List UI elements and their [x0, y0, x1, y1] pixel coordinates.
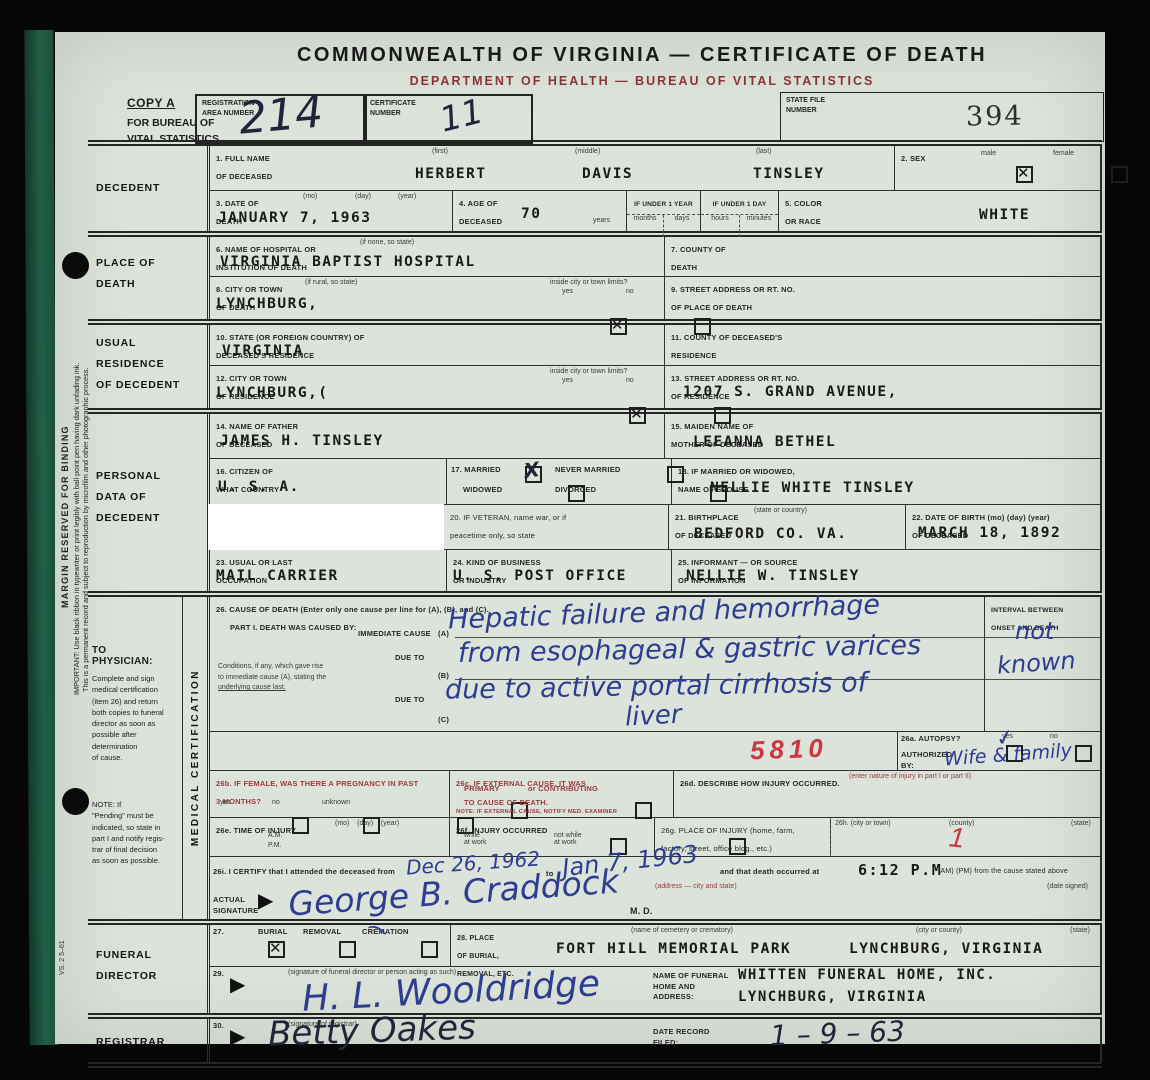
father-name-value: JAMES H. TINSLEY [220, 433, 384, 449]
male-label: male [981, 150, 996, 157]
married-label: 17. MARRIED [451, 465, 501, 476]
never-married-label: NEVER MARRIED [555, 465, 621, 476]
field-29-number: 29. [213, 969, 224, 980]
signature-arrow-icon: ▶ [230, 1027, 245, 1047]
month-hint: (mo) [303, 193, 317, 200]
while-at-work-label: while at work [464, 832, 487, 846]
field-27-number: 27. [213, 927, 224, 938]
cemetery-hint: (name of cemetery or crematory) [631, 927, 733, 934]
line-c-label: (C) [438, 715, 449, 726]
county-of-residence-label: 11. COUNTY OF DECEASED'S RESIDENCE [671, 333, 782, 360]
medical-certification-strip: MEDICAL CERTIFICATION [182, 597, 207, 919]
signature-arrow-icon: ▶ [230, 975, 245, 995]
section-label: REGISTRAR [88, 1019, 207, 1053]
registrar-fields: 30. ▶ (signature of registrar) Betty Oak… [207, 1019, 1102, 1062]
certify-text: 26i. I CERTIFY that I attended the decea… [213, 867, 395, 878]
field-county-of-death: 7. COUNTY OF DEATH [665, 237, 1100, 276]
punch-hole-bottom [62, 788, 89, 815]
yes-label: yes [562, 288, 573, 295]
no-label: no [626, 288, 634, 295]
under-1-day-sub: hours minutes [701, 214, 778, 237]
funeral-home-name: WHITTEN FUNERAL HOME, INC. [738, 967, 996, 983]
city-of-residence-value: LYNCHBURG,( [216, 385, 329, 401]
burial-checkbox: ✕ [268, 941, 285, 958]
day-hint: (day) [355, 193, 371, 200]
field-how-injury: 26d. DESCRIBE HOW INJURY OCCURRED. (ente… [674, 771, 1100, 817]
female-checkbox [1111, 166, 1128, 183]
row-citizen-married-spouse: 16. CITIZEN OF WHAT COUNTRY U. S. A. 17.… [210, 459, 1100, 505]
field-pregnancy: 26b. IF FEMALE, WAS THERE A PREGNANCY IN… [210, 771, 450, 817]
case-number-stamp: 5810 [749, 733, 828, 767]
date-filed-label: DATE RECORD FILED: [653, 1027, 710, 1048]
field-state-of-residence: 10. STATE (OR FOREIGN COUNTRY) OF DECEAS… [210, 325, 665, 365]
to-physician-body: Complete and sign medical certification … [92, 673, 178, 763]
date-filed-handwriting: 1 – 9 – 63 [769, 1015, 905, 1053]
months-label: months [627, 215, 663, 237]
section-decedent: DECEDENT 1. FULL NAME OF DECEASED (first… [88, 146, 1102, 231]
section-label: PLACE OF DEATH [88, 237, 207, 295]
cause-handwriting-2: from esophageal & gastric varices [458, 630, 922, 669]
to-physician-title: TO PHYSICIAN: [92, 645, 178, 667]
field-father-name: 14. NAME OF FATHER OF DECEASED JAMES H. … [210, 414, 665, 458]
how-injury-label: 26d. DESCRIBE HOW INJURY OCCURRED. [680, 779, 840, 788]
conditions-note: Conditions, if any, which gave rise to i… [218, 661, 326, 683]
field-veteran: 20. IF VETERAN, name war, or if peacetim… [444, 505, 669, 549]
section-divider [88, 1062, 1102, 1068]
medical-certification-label: MEDICAL CERTIFICATION [190, 669, 201, 846]
under-1-year-label: IF UNDER 1 YEAR [634, 201, 693, 208]
field-marital-status: 17. MARRIED X NEVER MARRIED WIDOWED DIVO… [447, 459, 672, 504]
row-registrar-signature: 30. ▶ (signature of registrar) Betty Oak… [210, 1019, 1100, 1062]
row-26b-26c-26d: 26b. IF FEMALE, WAS THERE A PREGNANCY IN… [210, 771, 1100, 818]
street-of-residence-value: 1207 S. GRAND AVENUE, [683, 384, 898, 400]
no-label: no [626, 377, 634, 384]
state-file-label: STATE FILE NUMBER [781, 93, 1103, 116]
field-injury-location: 26h. (city or town) (county) (state) 1 [830, 818, 1100, 856]
widowed-label: WIDOWED [463, 485, 502, 496]
under-1-day-label: IF UNDER 1 DAY [713, 201, 767, 208]
injury-state-label: (state) [1071, 820, 1091, 827]
burial-city-value: LYNCHBURG, VIRGINIA [849, 941, 1043, 957]
row-occupation-informant: 23. USUAL OR LAST OCCUPATION MAIL CARRIE… [210, 550, 1100, 591]
field-under-1-year: IF UNDER 1 YEAR months days [627, 191, 701, 231]
autopsy-no-label: no [1050, 733, 1058, 740]
photo-background: MARGIN RESERVED FOR BINDING IMPORTANT: U… [0, 0, 1150, 1080]
removal-label: REMOVAL [303, 927, 341, 938]
divorced-label: DIVORCED [555, 485, 596, 496]
time-of-death-value: 6:12 P.M [858, 861, 942, 879]
section-personal-data: PERSONAL DATA OF DECEDENT 14. NAME OF FA… [88, 414, 1102, 591]
field-mother-name: 15. MAIDEN NAME OF MOTHER OF DECEASED LE… [665, 414, 1100, 458]
due-to-1: DUE TO [395, 653, 424, 664]
funeral-director-fields: 27. BURIAL ✕ REMOVAL CREMATION ( 28. PLA… [207, 925, 1102, 1013]
field-full-name: 1. FULL NAME OF DECEASED (first) (middle… [210, 146, 895, 190]
field-certification: 26i. I CERTIFY that I attended the decea… [210, 857, 1100, 919]
physician-note-block: NOTE: If "Pending" must be indicated, so… [92, 793, 178, 867]
section-medical-certification: TO PHYSICIAN: Complete and sign medical … [88, 597, 1102, 919]
color-race-value: WHITE [979, 207, 1030, 223]
decedent-side: DECEDENT [88, 146, 207, 231]
field-age: 4. AGE OF DECEASED 70 years [453, 191, 627, 231]
hospital-hint: (if none, so state) [360, 239, 414, 246]
field-occupation: 23. USUAL OR LAST OCCUPATION MAIL CARRIE… [210, 550, 447, 591]
years-unit: years [593, 217, 610, 224]
signature-arrow-icon: ▶ [258, 891, 273, 911]
registrar-side: REGISTRAR [88, 1019, 207, 1062]
punch-hole-top [62, 252, 89, 279]
row-funeral-director-signature: 29. ▶ (signature of funeral director or … [210, 967, 1100, 1013]
field-county-of-residence: 11. COUNTY OF DECEASED'S RESIDENCE [665, 325, 1100, 365]
married-check-mark: X [522, 457, 541, 483]
married-checkbox: X [525, 466, 542, 483]
cremation-checkbox [421, 941, 438, 958]
funeral-director-side: FUNERAL DIRECTOR [88, 925, 207, 1013]
margin-binding-title: MARGIN RESERVED FOR BINDING [60, 332, 70, 702]
pregnancy-yes-label: yes [220, 799, 231, 806]
field-hospital: 6. NAME OF HOSPITAL OR INSTITUTION OF DE… [210, 237, 665, 276]
section-label: DECEDENT [88, 146, 207, 199]
age-label: 4. AGE OF DECEASED [459, 199, 502, 226]
row-cause-of-death: 26. CAUSE OF DEATH (Enter only one cause… [210, 597, 1100, 732]
pregnancy-unknown-label: unknown [322, 799, 350, 806]
middle-hint: (middle) [575, 148, 600, 155]
personal-data-side: PERSONAL DATA OF DECEDENT [88, 414, 207, 591]
informant-value: NELLIE W. TINSLEY [686, 568, 860, 584]
place-of-death-side: PLACE OF DEATH [88, 237, 207, 319]
address-hint: (address — city and state) [655, 883, 737, 890]
pm-label: P.M. [268, 842, 282, 849]
state-file-box: STATE FILE NUMBER 394 [780, 92, 1104, 142]
days-label: days [663, 215, 700, 237]
field-30-number: 30. [213, 1021, 224, 1032]
binding-strip [24, 30, 58, 1045]
pregnancy-label: 26b. IF FEMALE, WAS THERE A PREGNANCY IN… [216, 779, 418, 806]
actual-signature-label: ACTUAL SIGNATURE [213, 895, 258, 916]
how-injury-hint: (enter nature of injury in part I or par… [849, 773, 971, 780]
margin-important-line1: IMPORTANT: Use black ribbon in typewrite… [72, 294, 81, 764]
md-label: M. D. [630, 905, 653, 918]
female-label: female [1053, 150, 1074, 157]
veteran-label: 20. IF VETERAN, name war, or if peacetim… [450, 513, 566, 540]
section-funeral-director: FUNERAL DIRECTOR 27. BURIAL ✕ REMOVAL CR… [88, 925, 1102, 1013]
mother-name-value: LEEANNA BETHEL [693, 434, 836, 450]
row-state-county: 10. STATE (OR FOREIGN COUNTRY) OF DECEAS… [210, 325, 1100, 366]
field-informant: 25. INFORMANT — OR SOURCE OF INFORMATION… [672, 550, 1100, 591]
field-birthplace: 21. BIRTHPLACE OF DECEASED (state or cou… [669, 505, 906, 549]
pregnancy-no-label: no [272, 799, 280, 806]
row-part-2-autopsy: 5810 26a. AUTOPSY? yes ✓ no AUTHORIZED B… [210, 732, 1100, 771]
physician-note: NOTE: If "Pending" must be indicated, so… [92, 799, 178, 867]
field-spouse-name: 18. IF MARRIED OR WIDOWED, NAME OF SPOUS… [672, 459, 1100, 504]
row-name-sex: 1. FULL NAME OF DECEASED (first) (middle… [210, 146, 1100, 191]
male-check-mark: ✕ [1017, 164, 1030, 182]
male-checkbox: ✕ [1016, 166, 1033, 183]
medical-side: TO PHYSICIAN: Complete and sign medical … [88, 597, 207, 919]
field-date-of-birth: 22. DATE OF BIRTH (mo) (day) (year) OF D… [906, 505, 1100, 549]
contributing-label: or CONTRIBUTING [528, 784, 598, 795]
section-registrar: REGISTRAR 30. ▶ (signature of registrar)… [88, 1019, 1102, 1062]
time-of-injury-label: 26e. TIME OF INJURY [216, 826, 296, 835]
cause-handwriting-1: Hepatic failure and hemorrhage [448, 589, 881, 635]
row-certify: 26i. I CERTIFY that I attended the decea… [210, 857, 1100, 919]
due-to-2: DUE TO [395, 695, 424, 706]
under-1-year-sub: months days [627, 214, 700, 237]
external-cause-note: NOTE: IF EXTERNAL CAUSE, NOTIFY MED. EXA… [456, 808, 617, 816]
interval-handwriting-2: known [996, 646, 1076, 679]
age-value: 70 [521, 206, 541, 222]
birthplace-value: BEDFORD CO. VA. [694, 526, 847, 542]
usual-residence-fields: 10. STATE (OR FOREIGN COUNTRY) OF DECEAS… [207, 325, 1102, 408]
rural-hint: (if rural, so state) [305, 279, 358, 286]
autopsy-label: 26a. AUTOPSY? [901, 734, 961, 745]
row-death-date-age: 3. DATE OF DEATH (mo) (day) (year) JANUA… [210, 191, 1100, 231]
cemetery-value: FORT HILL MEMORIAL PARK [556, 941, 791, 957]
field-city-of-death: 8. CITY OR TOWN OF DEATH (if rural, so s… [210, 277, 665, 319]
section-label: FUNERAL DIRECTOR [88, 925, 207, 987]
burial-check-mark: ✕ [269, 939, 282, 957]
row-city-street: 8. CITY OR TOWN OF DEATH (if rural, so s… [210, 277, 1100, 319]
field-external-cause: 26c. IF EXTERNAL CAUSE, IT WAS PRIMARY o… [450, 771, 674, 817]
cause-heading-2: PART I. DEATH WAS CAUSED BY: [216, 623, 356, 632]
field-under-1-day: IF UNDER 1 DAY hours minutes [701, 191, 779, 231]
row-veteran-birthplace-dob: 20. IF VETERAN, name war, or if peacetim… [210, 505, 1100, 550]
state-hint: (state) [1070, 927, 1090, 934]
limits-question: inside city or town limits? [550, 279, 627, 286]
minutes-label: minutes [739, 215, 778, 237]
field-registrar-signature: 30. ▶ (signature of registrar) Betty Oak… [210, 1019, 1100, 1062]
am-label: A.M. [268, 832, 282, 839]
field-autopsy: 26a. AUTOPSY? yes ✓ no AUTHORIZED BY: Wi… [898, 732, 1100, 770]
state-of-residence-value: VIRGINIA [222, 343, 304, 359]
injury-city-label: 26h. (city or town) [835, 820, 891, 827]
funeral-home-city: LYNCHBURG, VIRGINIA [738, 989, 927, 1005]
field-business: 24. KIND OF BUSINESS OR INDUSTRY U. S. P… [447, 550, 672, 591]
authorized-by-handwriting: Wife & family [943, 740, 1072, 771]
year-hint: (year) [398, 193, 416, 200]
registration-area-value: 214 [237, 86, 325, 144]
county-of-death-label: 7. COUNTY OF DEATH [671, 245, 726, 272]
section-label: PERSONAL DATA OF DECEDENT [88, 414, 207, 529]
redacted-area [208, 504, 444, 550]
yes-label: yes [562, 377, 573, 384]
citizen-value: U. S. A. [218, 479, 300, 495]
red-pen-mark: 1 [947, 821, 966, 854]
date-signed-hint: (date signed) [1047, 883, 1088, 890]
occupation-value: MAIL CARRIER [216, 568, 339, 584]
interval-handwriting-1: not [1015, 617, 1054, 645]
decedent-fields: 1. FULL NAME OF DECEASED (first) (middle… [207, 146, 1102, 231]
form-code: VS. 2 5–61 [59, 920, 66, 995]
section-label: USUAL RESIDENCE OF DECEDENT [88, 325, 207, 396]
last-name-value: TINSLEY [753, 166, 825, 182]
certificate-number-box: CERTIFICATE NUMBER 11 [363, 94, 533, 144]
certificate-paper: MARGIN RESERVED FOR BINDING IMPORTANT: U… [55, 32, 1105, 1044]
to-cause-label: TO CAUSE OF DEATH. [464, 798, 548, 809]
last-hint: (last) [756, 148, 772, 155]
am-pm-cause-text: (AM) (PM) from the cause stated above [938, 867, 1098, 877]
time-of-injury-hints: (mo) (day) (year) [335, 820, 399, 827]
field-funeral-director-signature: 29. ▶ (signature of funeral director or … [210, 967, 1100, 1013]
spouse-name-value: NELLIE WHITE TINSLEY [710, 480, 915, 496]
usual-residence-side: USUAL RESIDENCE OF DECEDENT [88, 325, 207, 408]
sex-label: 2. SEX [901, 154, 926, 163]
full-name-label: 1. FULL NAME OF DECEASED [216, 154, 272, 181]
form-body: DECEDENT 1. FULL NAME OF DECEASED (first… [88, 140, 1102, 1068]
not-while-at-work-label: not while at work [554, 832, 582, 846]
document-title: COMMONWEALTH OF VIRGINIA — CERTIFICATE O… [185, 44, 1099, 67]
field-sex: 2. SEX male ✕ female [895, 146, 1100, 190]
city-county-hint: (city or county) [916, 927, 962, 934]
color-race-label: 5. COLOR OR RACE [785, 199, 822, 226]
document-subtitle: DEPARTMENT OF HEALTH — BUREAU OF VITAL S… [185, 74, 1099, 88]
immediate-cause-label: IMMEDIATE CAUSE [358, 629, 431, 640]
date-of-death-value: JANUARY 7, 1963 [218, 210, 371, 226]
section-usual-residence: USUAL RESIDENCE OF DECEDENT 10. STATE (O… [88, 325, 1102, 408]
burial-label: BURIAL [258, 927, 288, 938]
field-cause-of-death: 26. CAUSE OF DEATH (Enter only one cause… [210, 597, 985, 731]
primary-label: PRIMARY [464, 784, 500, 795]
funeral-home-label: NAME OF FUNERAL HOME AND ADDRESS: [653, 971, 729, 1003]
business-value: U. S. POST OFFICE [453, 568, 627, 584]
conditions-note-underlined: underlying cause last. [218, 684, 286, 691]
field-time-of-injury: 26e. TIME OF INJURY (mo) (day) (year) A.… [210, 818, 450, 856]
line-a-label: (A) [438, 629, 449, 640]
field-disposition: 27. BURIAL ✕ REMOVAL CREMATION ( [210, 925, 451, 966]
state-file-value: 394 [966, 101, 1024, 133]
row-burial: 27. BURIAL ✕ REMOVAL CREMATION ( 28. PLA… [210, 925, 1100, 967]
field-citizen: 16. CITIZEN OF WHAT COUNTRY U. S. A. [210, 459, 447, 504]
field-date-of-death: 3. DATE OF DEATH (mo) (day) (year) JANUA… [210, 191, 453, 231]
field-part-2: 5810 [210, 732, 898, 770]
field-color-race: 5. COLOR OR RACE WHITE [779, 191, 1100, 231]
removal-checkbox [339, 941, 356, 958]
field-street-of-residence: 13. STREET ADDRESS OR RT. NO. OF RESIDEN… [665, 366, 1100, 408]
cause-handwriting-4: liver [624, 700, 682, 733]
row-hospital-county: 6. NAME OF HOSPITAL OR INSTITUTION OF DE… [210, 237, 1100, 277]
first-hint: (first) [432, 148, 448, 155]
hours-label: hours [701, 215, 739, 237]
first-name-value: HERBERT [415, 166, 487, 182]
birthplace-hint: (state or country) [754, 507, 807, 514]
date-of-birth-value: MARCH 18, 1892 [918, 525, 1061, 541]
middle-name-value: DAVIS [582, 166, 633, 182]
field-street-of-death: 9. STREET ADDRESS OR RT. NO. OF PLACE OF… [665, 277, 1100, 319]
row-city-street-residence: 12. CITY OR TOWN OF RESIDENCE LYNCHBURG,… [210, 366, 1100, 408]
row-father-mother: 14. NAME OF FATHER OF DECEASED JAMES H. … [210, 414, 1100, 459]
registrar-signature: Betty Oakes [267, 1007, 476, 1054]
limits-question: inside city or town limits? [550, 368, 627, 375]
hospital-value: VIRGINIA BAPTIST HOSPITAL [220, 254, 476, 270]
autopsy-no-checkbox [1075, 745, 1092, 762]
contributing-checkbox [635, 802, 652, 819]
section-place-of-death: PLACE OF DEATH 6. NAME OF HOSPITAL OR IN… [88, 237, 1102, 319]
personal-data-fields: 14. NAME OF FATHER OF DECEASED JAMES H. … [207, 414, 1102, 591]
field-city-of-residence: 12. CITY OR TOWN OF RESIDENCE LYNCHBURG,… [210, 366, 665, 408]
city-of-death-value: LYNCHBURG, [216, 296, 318, 312]
field-interval: INTERVAL BETWEEN ONSET AND DEATH not kno… [985, 597, 1100, 731]
place-of-death-fields: 6. NAME OF HOSPITAL OR INSTITUTION OF DE… [207, 237, 1102, 319]
medical-fields: 26. CAUSE OF DEATH (Enter only one cause… [207, 597, 1102, 919]
certificate-number-value: 11 [436, 91, 488, 140]
to-physician-block: TO PHYSICIAN: Complete and sign medical … [92, 645, 178, 763]
field-place-of-burial: 28. PLACE OF BURIAL, REMOVAL, ETC. (name… [451, 925, 1100, 966]
registration-area-box: REGISTRATION AREA NUMBER 214 [195, 94, 367, 144]
street-of-death-label: 9. STREET ADDRESS OR RT. NO. OF PLACE OF… [671, 285, 795, 312]
death-occurred-text: and that death occurred at [720, 867, 819, 878]
